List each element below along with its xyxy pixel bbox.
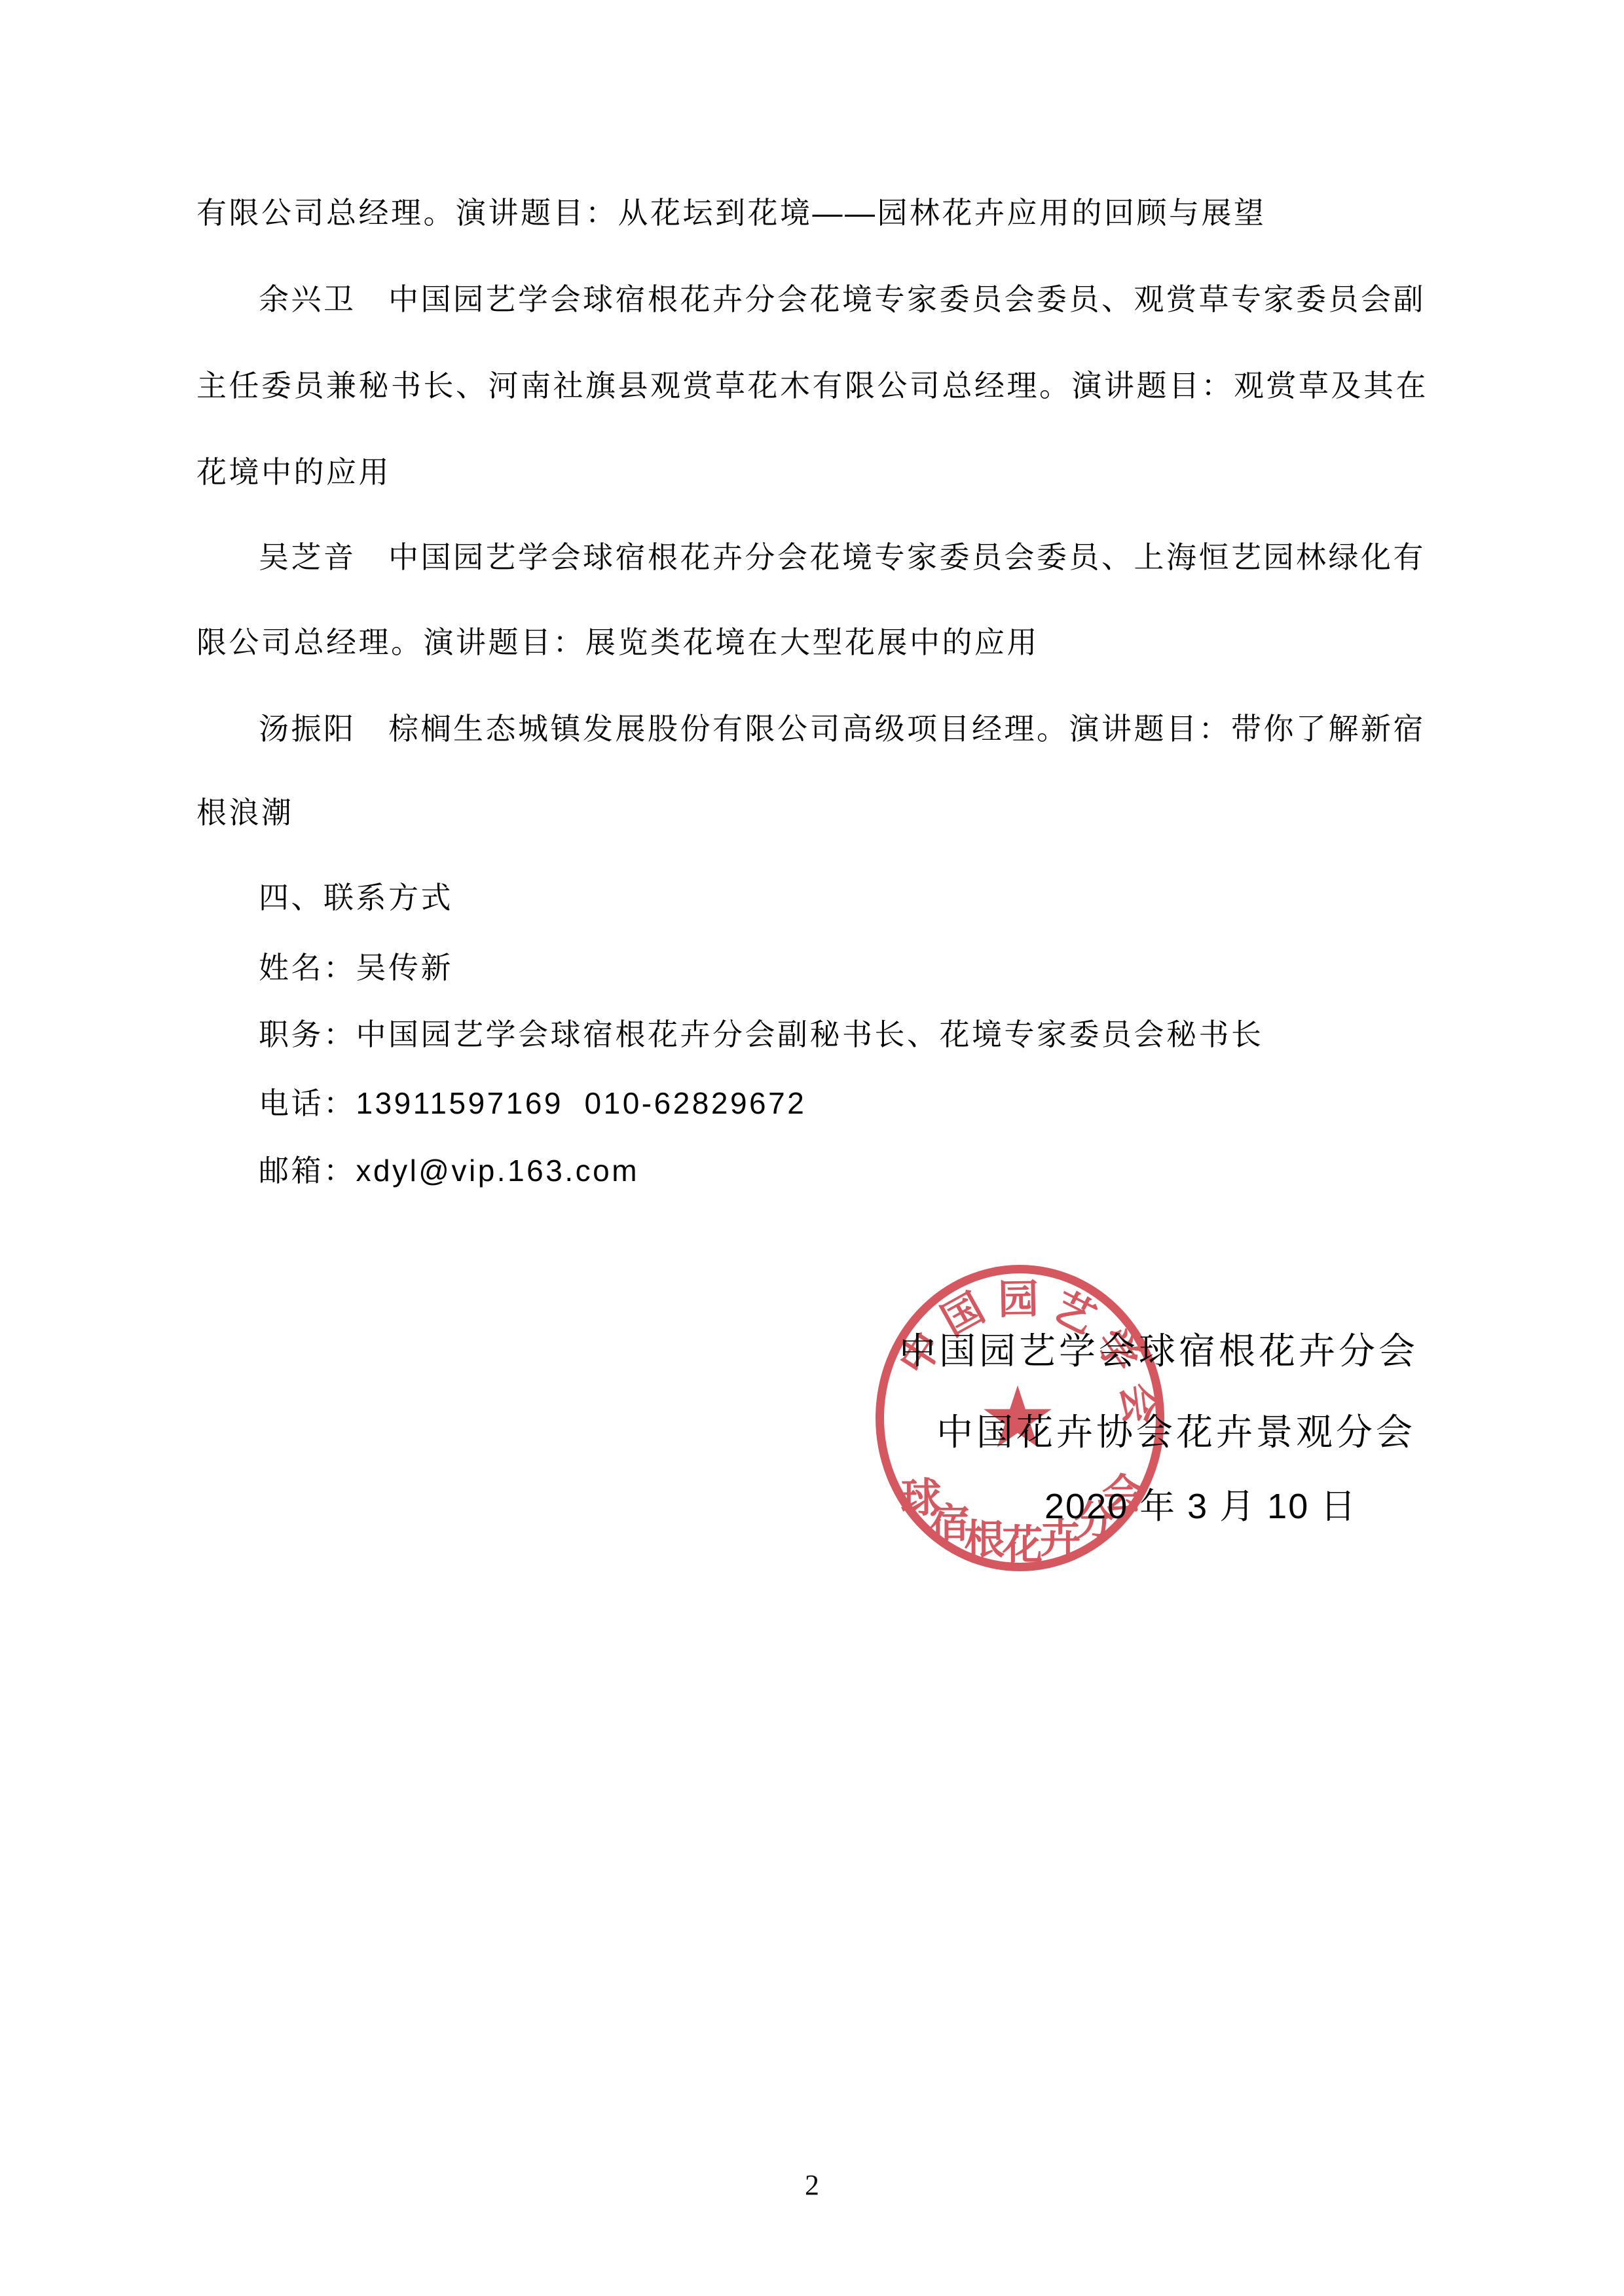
document-page: 中国园艺学会球宿根花卉分会 有限公司总经理。演讲题目：从花坛到花境——园林花卉应… (0, 0, 1624, 2296)
paragraph-line: 花境中的应用 (196, 457, 391, 487)
contact-title-line: 职务：中国园艺学会球宿根花卉分会副秘书长、花境专家委员会秘书长 (259, 1019, 1264, 1049)
seal-bottom-char: 根 (964, 1520, 1005, 1561)
official-seal: 中国园艺学会球宿根花卉分会 (0, 0, 1624, 2296)
contact-name-line: 姓名：吴传新 (259, 953, 453, 983)
signature-org-1: 中国园艺学会球宿根花卉分会 (899, 1333, 1418, 1370)
paragraph-line: 限公司总经理。演讲题目：展览类花境在大型花展中的应用 (196, 627, 1039, 657)
seal-bottom-char: 花 (1002, 1525, 1043, 1566)
paragraph-line: 余兴卫 中国园艺学会球宿根花卉分会花境专家委员会委员、观赏草专家委员会副 (259, 284, 1426, 314)
contact-phone-line: 电话：13911597169 010-62829672 (259, 1088, 806, 1118)
section-heading-contact: 四、联系方式 (259, 883, 453, 913)
paragraph-line: 有限公司总经理。演讲题目：从花坛到花境——园林花卉应用的回顾与展望 (196, 198, 1266, 228)
page-number: 2 (792, 2168, 832, 2202)
signature-org-2: 中国花卉协会花卉景观分会 (936, 1414, 1416, 1451)
paragraph-line: 主任委员兼秘书长、河南社旗县观赏草花木有限公司总经理。演讲题目：观赏草及其在 (196, 371, 1428, 401)
paragraph-line: 根浪潮 (196, 797, 294, 828)
seal-top-char: 园 (997, 1279, 1039, 1321)
paragraph-line: 汤振阳 棕榈生态城镇发展股份有限公司高级项目经理。演讲题目：带你了解新宿 (259, 714, 1426, 744)
signature-date: 2020 年 3 月 10 日 (1044, 1489, 1357, 1524)
contact-email-line: 邮箱：xdyl@vip.163.com (259, 1156, 639, 1186)
paragraph-line: 吴芝音 中国园艺学会球宿根花卉分会花境专家委员会委员、上海恒艺园林绿化有 (259, 542, 1426, 572)
